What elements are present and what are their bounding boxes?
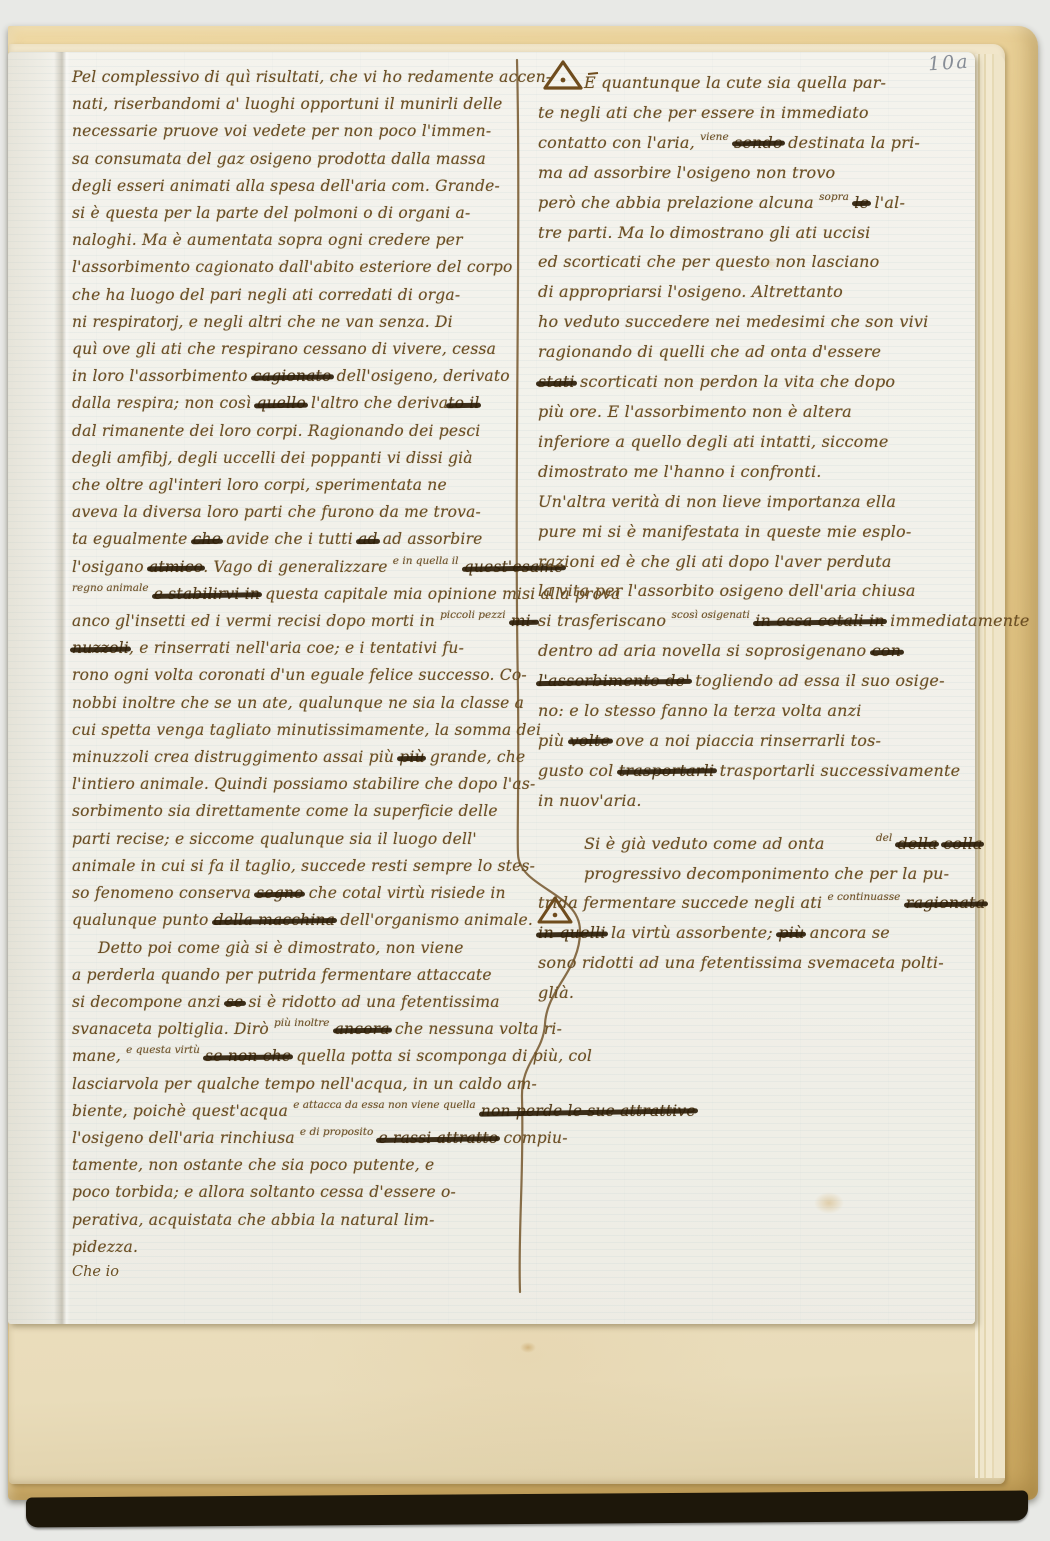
- manuscript-line: anco gl'insetti ed i vermi recisi dopo m…: [72, 608, 514, 635]
- manuscript-line: l'osigano atmico. Vago di generalizzare …: [72, 554, 514, 581]
- manuscript-line: stati scorticati non perdon la vita che …: [538, 367, 972, 397]
- manuscript-line: l'assorbimento de' togliendo ad essa il …: [538, 666, 972, 696]
- struck-text: to il: [448, 394, 479, 412]
- manuscript-line: parti recise; e siccome qualunque sia il…: [72, 826, 514, 853]
- struck-text: mi-: [511, 612, 537, 630]
- interlinear-insertion: scosì osigenati: [672, 611, 750, 620]
- struck-text: volte: [570, 731, 611, 750]
- struck-text: stati: [538, 372, 575, 391]
- manuscript-line: contatto con l'aria, viene sendo destina…: [538, 128, 972, 158]
- struck-text: trasportarli: [619, 761, 715, 780]
- struck-text: le: [854, 193, 869, 212]
- manuscript-line: ma ad assorbire l'osigeno non trovo: [538, 158, 972, 188]
- manuscript-line: dentro ad aria novella si soprosigenano …: [538, 636, 972, 666]
- manuscript-line: qualunque punto della macchina dell'orga…: [72, 907, 514, 934]
- manuscript-line: dal rimanente dei loro corpi. Ragionando…: [72, 418, 514, 445]
- interlinear-insertion: più inoltre: [274, 1019, 329, 1028]
- manuscript-line: aveva la diversa loro parti che furono d…: [72, 499, 514, 526]
- manuscript-page: 10a Pel complessivo di quì risultati, ch…: [8, 52, 975, 1324]
- interlinear-insertion: e attacca da essa non viene quella: [293, 1101, 475, 1110]
- struck-text: ad: [358, 530, 378, 548]
- right-text-column: E quantunque la cute sia quella par-te n…: [538, 68, 972, 1008]
- manuscript-line: in nuov'aria.: [538, 786, 972, 816]
- manuscript-line: trida fermentare succede negli ati e con…: [538, 888, 972, 918]
- scanned-manuscript: 10a Pel complessivo di quì risultati, ch…: [0, 0, 1050, 1541]
- manuscript-line: mane, e questa virtù se non che quella p…: [72, 1043, 514, 1070]
- manuscript-line: poco torbida; e allora soltanto cessa d'…: [72, 1179, 514, 1206]
- manuscript-line: ho veduto succedere nei medesimi che son…: [538, 307, 972, 337]
- manuscript-line: tre parti. Ma lo dimostrano gli ati ucci…: [538, 218, 972, 248]
- manuscript-line: biente, poichè quest'acqua e attacca da …: [72, 1098, 514, 1125]
- manuscript-line: quì ove gli ati che respirano cessano di…: [72, 336, 514, 363]
- manuscript-line: naloghi. Ma è aumentata sopra ogni crede…: [72, 227, 514, 254]
- manuscript-line: che ha luogo del pari negli ati corredat…: [72, 282, 514, 309]
- manuscript-line: ta egualmente che avide che i tutti ad a…: [72, 526, 514, 553]
- manuscript-line: Detto poi come già si è dimostrato, non …: [72, 935, 514, 962]
- manuscript-line: a perderla quando per putrida fermentare…: [72, 962, 514, 989]
- struck-text: cagionato: [253, 367, 332, 385]
- manuscript-line: si trasferiscano scosì osigenati in essa…: [538, 606, 972, 636]
- manuscript-line: inferiore a quello degli ati intatti, si…: [538, 427, 972, 457]
- struck-text: più: [399, 748, 424, 766]
- manuscript-line: l'intiero animale. Quindi possiamo stabi…: [72, 771, 514, 798]
- manuscript-line: in quelli la virtù assorbente; più ancor…: [538, 918, 972, 948]
- interlinear-insertion: e continuasse: [827, 893, 900, 902]
- manuscript-line: degli amfibj, degli uccelli dei poppanti…: [72, 445, 514, 472]
- manuscript-line: sa consumata del gaz osigeno prodotta da…: [72, 146, 514, 173]
- struck-text: della: [897, 834, 937, 853]
- interlinear-insertion: regno animale: [72, 584, 149, 593]
- manuscript-line: necessarie pruove voi vedete per non poc…: [72, 118, 514, 145]
- manuscript-line: gusto col trasportarli trasportarli succ…: [538, 756, 972, 786]
- manuscript-line: ni respiratorj, e negli altri che ne van…: [72, 309, 514, 336]
- manuscript-line: Si è già veduto come ad onta del della c…: [538, 829, 972, 859]
- manuscript-line: regno animale e stabilirvi in questa cap…: [72, 581, 514, 608]
- manuscript-line: in loro l'assorbimento cagionato dell'os…: [72, 363, 514, 390]
- interlinear-insertion: e di proposito: [300, 1128, 373, 1137]
- struck-text: colla: [943, 834, 982, 853]
- manuscript-line: ed scorticati che per questo non lascian…: [538, 247, 972, 277]
- manuscript-line: perativa, acquistata che abbia la natura…: [72, 1207, 514, 1234]
- manuscript-line: so fenomeno conserva segno che cotal vir…: [72, 880, 514, 907]
- struck-text: l'assorbimento de': [538, 671, 690, 690]
- manuscript-line: pidezza.: [72, 1234, 514, 1261]
- interlinear-insertion: e questa virtù: [126, 1046, 200, 1055]
- manuscript-line: tamente, non ostante che sia poco putent…: [72, 1152, 514, 1179]
- left-text-column: Pel complessivo di quì risultati, che vi…: [72, 64, 514, 1261]
- struck-text: nuzzoli: [72, 639, 129, 657]
- catchword: Che io: [72, 1264, 119, 1280]
- page-edges: [975, 54, 1005, 1478]
- manuscript-line: nobbi inoltre che se un ate, qualunque n…: [72, 690, 514, 717]
- interlinear-insertion: e in quella il: [393, 557, 459, 566]
- struck-text: della macchina: [214, 911, 335, 929]
- manuscript-line: glià.: [538, 978, 972, 1008]
- struck-text: ragionata: [906, 893, 986, 912]
- interlinear-insertion: piccoli pezzi: [440, 611, 506, 620]
- manuscript-line: sono ridotti ad una fetentissima svemace…: [538, 948, 972, 978]
- struck-text: e rassi attratto: [378, 1129, 498, 1147]
- manuscript-line: progressivo decomponimento che per la pu…: [538, 859, 972, 889]
- interlinear-insertion: sopra: [819, 193, 849, 202]
- manuscript-line: la vita per l'assorbito osigeno dell'ari…: [538, 576, 972, 606]
- manuscript-line: più volte ove a noi piaccia rinserrarli …: [538, 726, 972, 756]
- paper-stain: [814, 1192, 844, 1214]
- manuscript-line: si decompone anzi se si è ridotto ad una…: [72, 989, 514, 1016]
- struck-text: quello: [256, 394, 306, 412]
- manuscript-line: rono ogni volta coronati d'un eguale fel…: [72, 662, 514, 689]
- struck-text: in quelli: [538, 923, 606, 942]
- manuscript-line: nuzzoli, e rinserrati nell'aria coe; e i…: [72, 635, 514, 662]
- struck-text: che: [193, 530, 221, 548]
- manuscript-line: l'assorbimento cagionato dall'abito este…: [72, 254, 514, 281]
- manuscript-line: l'osigeno dell'aria rinchiusa e di propo…: [72, 1125, 514, 1152]
- struck-text: atmico: [149, 558, 203, 576]
- manuscript-line: no: e lo stesso fanno la terza volta anz…: [538, 696, 972, 726]
- manuscript-line: però che abbia prelazione alcuna sopra l…: [538, 188, 972, 218]
- binding-crease: [54, 52, 70, 1324]
- manuscript-line: te negli ati che per essere in immediato: [538, 98, 972, 128]
- manuscript-line: Pel complessivo di quì risultati, che vi…: [72, 64, 514, 91]
- interlinear-insertion: viene: [700, 133, 728, 142]
- manuscript-line: animale in cui si fa il taglio, succede …: [72, 853, 514, 880]
- manuscript-line: cui spetta venga tagliato minutissimamen…: [72, 717, 514, 744]
- manuscript-line: di appropriarsi l'osigeno. Altrettanto: [538, 277, 972, 307]
- manuscript-line: si è questa per la parte del polmoni o d…: [72, 200, 514, 227]
- struck-text: più: [778, 923, 804, 942]
- manuscript-line: E quantunque la cute sia quella par-: [538, 68, 972, 98]
- manuscript-line: degli esseri animati alla spesa dell'ari…: [72, 173, 514, 200]
- manuscript-line: svanaceta poltiglia. Dirò più inoltre an…: [72, 1016, 514, 1043]
- struck-text: ancora: [335, 1020, 390, 1038]
- struck-text: se non che: [205, 1047, 291, 1065]
- struck-text: in essa cotali in: [755, 611, 885, 630]
- manuscript-line: razioni ed è che gli ati dopo l'aver per…: [538, 547, 972, 577]
- manuscript-line: pure mi si è manifestata in queste mie e…: [538, 517, 972, 547]
- manuscript-line: che oltre agl'interi loro corpi, sperime…: [72, 472, 514, 499]
- page-gap-shadow: [26, 1491, 1028, 1528]
- manuscript-line: più ore. E l'assorbimento non è altera: [538, 397, 972, 427]
- manuscript-line: minuzzoli crea distruggimento assai più …: [72, 744, 514, 771]
- manuscript-line: ragionando di quelli che ad onta d'esser…: [538, 337, 972, 367]
- manuscript-line: Un'altra verità di non lieve importanza …: [538, 487, 972, 517]
- struck-text: non perde le sue attrattive: [481, 1102, 696, 1120]
- interlinear-insertion: del: [830, 834, 892, 843]
- manuscript-line: dimostrato me l'hanno i confronti.: [538, 457, 972, 487]
- manuscript-line: dalla respira; non così quello l'altro c…: [72, 390, 514, 417]
- struck-text: e stabilirvi in: [154, 585, 260, 603]
- struck-text: sendo: [734, 133, 783, 152]
- struck-text: se: [226, 993, 244, 1011]
- manuscript-line: sorbimento sia direttamente come la supe…: [72, 798, 514, 825]
- struck-text: segno: [256, 884, 303, 902]
- manuscript-line: lasciarvola per qualche tempo nell'acqua…: [72, 1071, 514, 1098]
- struck-text: con: [872, 641, 902, 660]
- manuscript-line: nati, riserbandomi a' luoghi opportuni i…: [72, 91, 514, 118]
